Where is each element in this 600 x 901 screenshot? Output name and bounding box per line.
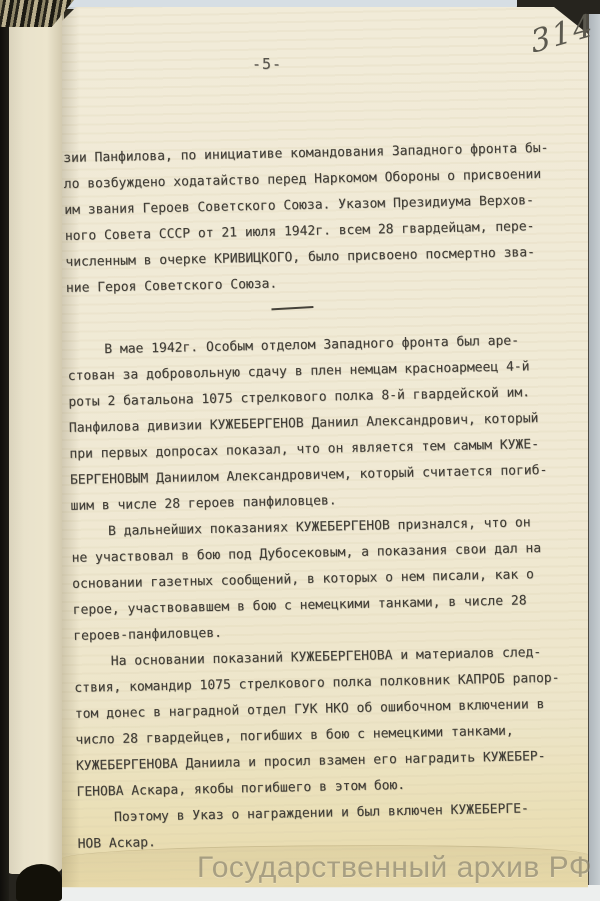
archive-scan: { "scan": { "folio_number": "314", "page… [0, 0, 600, 901]
archive-watermark: Государственный архив РФ [197, 851, 592, 885]
typed-page-number: -5- [252, 55, 282, 73]
typed-paragraph: В дальнейших показаниях КУЖЕБЕРГЕНОВ при… [71, 509, 586, 650]
binding-shadow [16, 864, 62, 901]
typed-paragraph: На основании показаний КУЖЕБЕРГЕНОВА и м… [74, 639, 589, 806]
typed-text-block: зии Панфилова, по инициативе командовани… [63, 135, 590, 858]
separator-line [271, 306, 313, 310]
typed-paragraph: Поэтому в Указ о награждении и был включ… [77, 795, 590, 858]
underlying-page-edge [7, 0, 64, 874]
book-spine [0, 0, 9, 901]
typed-paragraph: зии Панфилова, по инициативе командовани… [63, 135, 578, 302]
typed-paragraph: В мае 1942г. Особым отделом Западного фр… [67, 327, 583, 520]
